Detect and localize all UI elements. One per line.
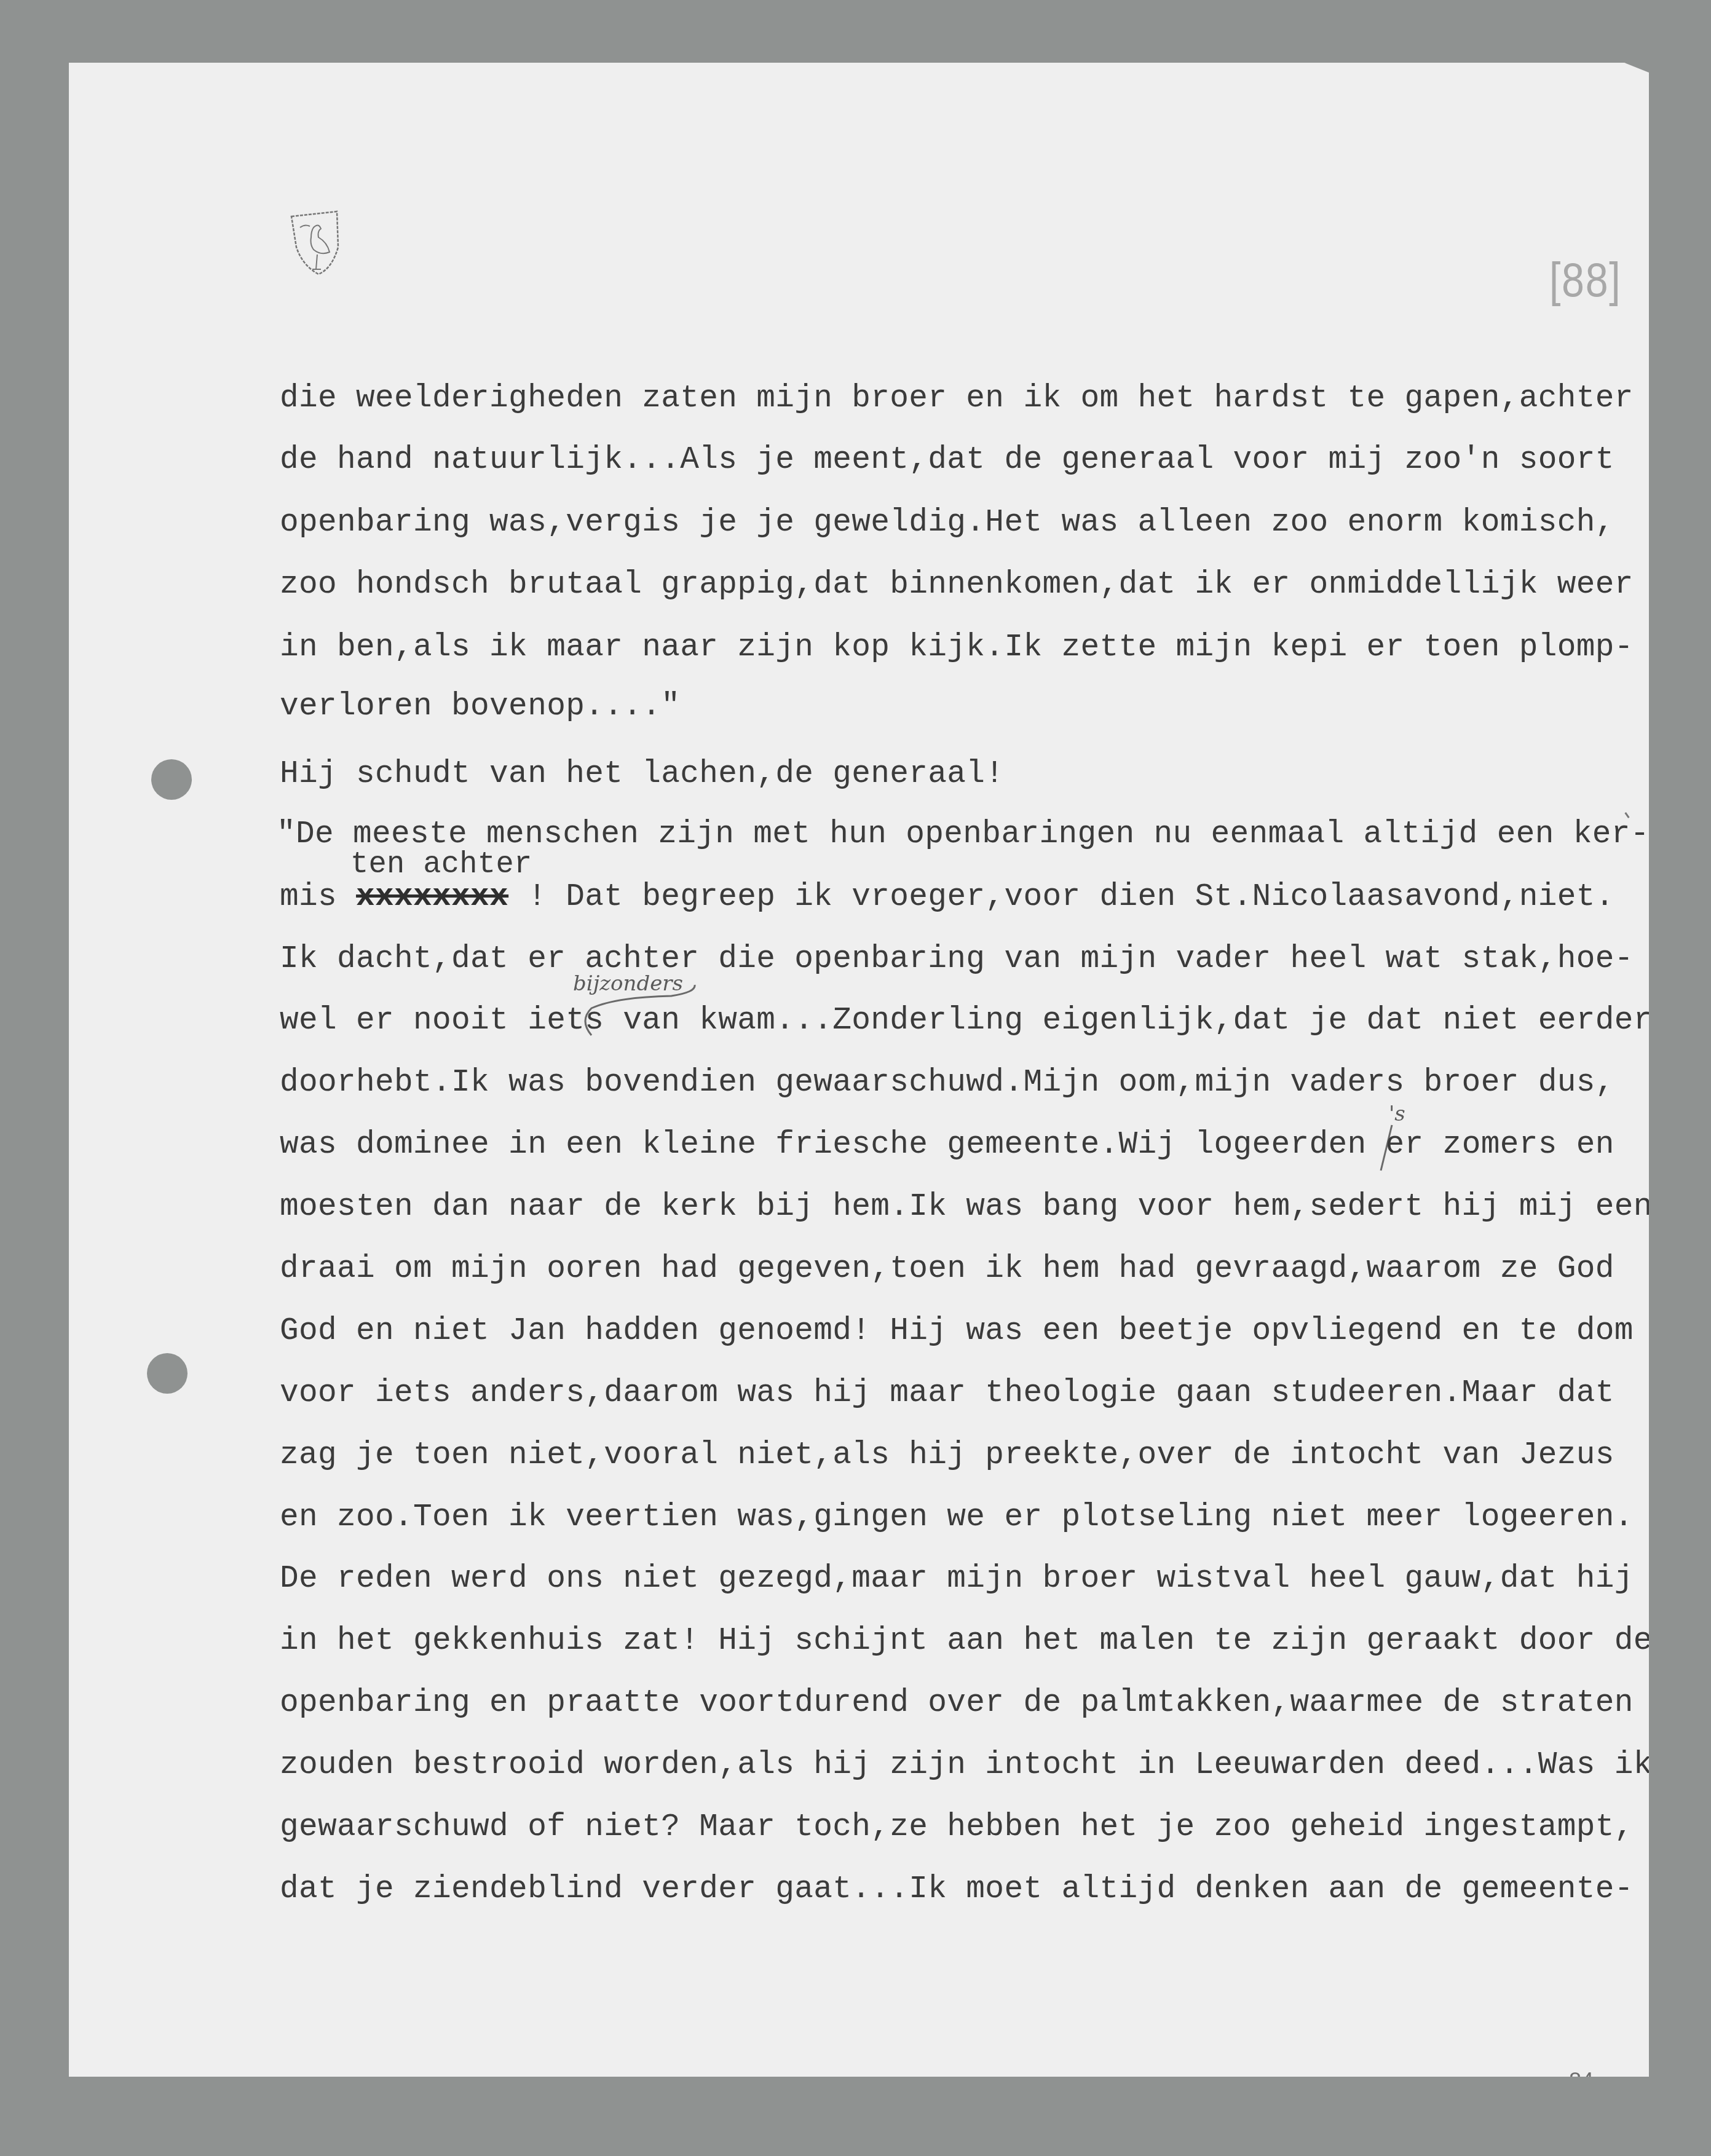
text-line: zoo hondsch brutaal grappig,dat binnenko…	[280, 568, 1634, 601]
text-line: openbaring en praatte voortdurend over d…	[280, 1686, 1634, 1719]
text-fragment: zomers en	[1443, 1126, 1614, 1163]
punch-hole-lower	[147, 1353, 188, 1394]
text-line: Ik dacht,dat er achter die openbaring va…	[280, 942, 1634, 975]
text-fragment: was dominee in een kleine friesche gemee…	[280, 1126, 1443, 1163]
text-line: in ben,als ik maar naar zijn kop kijk.Ik…	[280, 631, 1634, 663]
text-line: draai om mijn ooren had gegeven,toen ik …	[280, 1252, 1614, 1285]
text-fragment: ! Dat begreep ik vroeger,voor dien St.Ni…	[508, 878, 1614, 915]
archive-stamp-icon	[289, 210, 341, 277]
text-line: zouden bestrooid worden,als hij zijn int…	[280, 1748, 1653, 1781]
text-line: was dominee in een kleine friesche gemee…	[280, 1128, 1614, 1161]
text-line: zag je toen niet,vooral niet,als hij pre…	[280, 1439, 1614, 1471]
handwritten-insertion-apostrophe-s: 's	[1389, 1102, 1405, 1126]
text-fragment: wel er nooit iets	[280, 1001, 623, 1038]
text-line: in het gekkenhuis zat! Hij schijnt aan h…	[280, 1624, 1653, 1657]
text-line: "De meeste menschen zijn met hun openbar…	[277, 818, 1650, 850]
folio-underline	[1571, 2100, 1602, 2106]
text-line: God en niet Jan hadden genoemd! Hij was …	[280, 1314, 1634, 1347]
text-line: verloren bovenop...."	[280, 690, 680, 722]
text-line: gewaarschuwd of niet? Maar toch,ze hebbe…	[280, 1810, 1634, 1843]
text-line: die weelderigheden zaten mijn broer en i…	[280, 382, 1634, 414]
text-line: openbaring was,vergis je je geweldig.Het…	[280, 506, 1614, 539]
text-line: wel er nooit iets van kwam...Zonderling …	[280, 1004, 1653, 1037]
text-line: moesten dan naar de kerk bij hem.Ik was …	[280, 1190, 1653, 1223]
text-fragment: van kwam...Zonderling eigenlijk,dat je d…	[623, 1001, 1653, 1038]
text-line: doorhebt.Ik was bovendien gewaarschuwd.M…	[280, 1066, 1614, 1099]
text-line: De reden werd ons niet gezegd,maar mijn …	[280, 1562, 1634, 1595]
text-line: dat je ziendeblind verder gaat...Ik moet…	[280, 1873, 1634, 1905]
text-line: de hand natuurlijk...Als je meent,dat de…	[280, 443, 1614, 476]
crossed-out-text: xxxxxxxx	[356, 878, 508, 915]
text-fragment: mis	[280, 878, 337, 915]
text-line: Hij schudt van het lachen,de generaal!	[280, 757, 1004, 790]
text-line: mis xxxxxxxx ! Dat begreep ik vroeger,vo…	[280, 880, 1614, 913]
typescript-page: [88] die weelderigheden zaten mijn broer…	[69, 63, 1649, 2077]
typed-insertion: ten achter	[350, 850, 532, 880]
text-line: voor iets anders,daarom was hij maar the…	[280, 1376, 1614, 1409]
folio-number-bottom: 84	[1569, 2068, 1594, 2094]
folio-number-top: [88]	[1549, 252, 1621, 308]
text-line: en zoo.Toen ik veertien was,gingen we er…	[280, 1501, 1634, 1533]
punch-hole-upper	[151, 759, 192, 800]
